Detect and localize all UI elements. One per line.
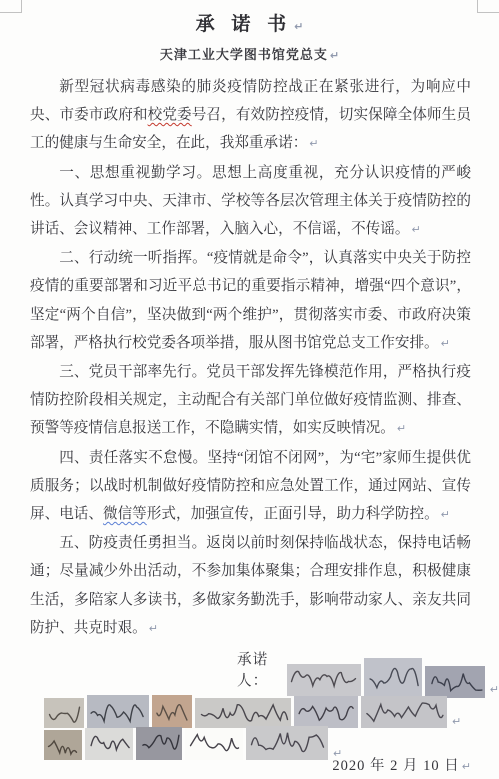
signature-image [44, 730, 82, 760]
spellcheck-blue-underline-text: 微信等 [103, 506, 147, 522]
paragraph-mark: ↵ [330, 45, 339, 67]
paragraph-mark: ↵ [462, 760, 471, 773]
paragraph: 五、防疫责任勇担当。返岗以前时刻保持临战状态，保持电话畅通；尽量减少外出活动，不… [30, 529, 471, 643]
document-title-text: 承 诺 书 [196, 14, 293, 35]
paragraph-mark: ↵ [441, 330, 450, 358]
document-date-text: 2020 年 2 月 10 日 [332, 758, 459, 774]
paragraph-mark: ↵ [490, 683, 499, 696]
signature-image [152, 695, 192, 728]
signer-label: 承诺人： [237, 648, 284, 696]
document-title: 承 诺 书↵ [0, 12, 499, 40]
paragraph: 三、党员干部率先行。党员干部发挥先锋模范作用，严格执行疫情防控阶段相关规定，主动… [30, 358, 471, 444]
crop-mark-top-right [477, 0, 499, 13]
signature-image [425, 666, 485, 698]
signature-image [287, 664, 361, 696]
paragraph: 一、思想重视勤学习。思想上高度重视，充分认识疫情的严峻性。认真学习中央、天津市、… [30, 159, 471, 245]
document-subtitle-text: 天津工业大学图书馆党总支 [160, 47, 328, 62]
paragraph-text: 二、行动统一听指挥。“疫情就是命令”，认真落实中央关于防控疫情的重要部署和习近平… [30, 250, 471, 351]
signature-row: ↵ [44, 726, 342, 760]
signature-image [364, 658, 422, 696]
signature-image [136, 727, 182, 760]
commitment-letter-page: 承 诺 书↵ 天津工业大学图书馆党总支↵ 新型冠状病毒感染的肺炎疫情防控战正在紧… [0, 0, 499, 779]
signature-image [294, 696, 358, 728]
signature-image [361, 696, 447, 728]
paragraph: 四、责任落实不怠慢。坚持“闭馆不闭网”，为“宅”家师生提供优质服务；以战时机制做… [30, 444, 471, 530]
paragraph-mark: ↵ [397, 415, 406, 443]
crop-mark-top-left [0, 0, 22, 13]
signature-row: 承诺人：↵ [237, 648, 499, 696]
paragraph-text: 五、防疫责任勇担当。返岗以前时刻保持临战状态，保持电话畅通；尽量减少外出活动，不… [30, 535, 471, 636]
paragraph-text: 一、思想重视勤学习。思想上高度重视，充分认识疫情的严峻性。认真学习中央、天津市、… [30, 165, 471, 237]
signature-image [85, 728, 133, 760]
paragraph-mark: ↵ [441, 501, 450, 529]
paragraph-mark: ↵ [149, 615, 158, 643]
paragraph-mark: ↵ [411, 216, 420, 244]
paragraph-mark: ↵ [309, 130, 318, 158]
paragraph-text: 形式，加强宣传，正面引导，助力科学防控。 [147, 506, 439, 522]
paragraph-mark: ↵ [294, 14, 303, 40]
document-subtitle: 天津工业大学图书馆党总支↵ [0, 44, 499, 67]
document-date: 2020 年 2 月 10 日↵ [332, 754, 471, 775]
document-body: 新型冠状病毒感染的肺炎疫情防控战正在紧张进行，为响应中央、市委市政府和校党委号召… [30, 73, 471, 643]
paragraph: 新型冠状病毒感染的肺炎疫情防控战正在紧张进行，为响应中央、市委市政府和校党委号召… [30, 73, 471, 159]
spellcheck-red-underline-text: 校党委 [148, 107, 192, 123]
signature-image [195, 698, 291, 728]
signature-image [246, 726, 328, 760]
signature-row: ↵ [44, 695, 461, 728]
signature-image [87, 695, 149, 728]
paragraph: 二、行动统一听指挥。“疫情就是命令”，认真落实中央关于防控疫情的重要部署和习近平… [30, 244, 471, 358]
paragraph-mark: ↵ [452, 715, 461, 728]
signature-image [185, 728, 243, 760]
signature-image [44, 698, 84, 728]
